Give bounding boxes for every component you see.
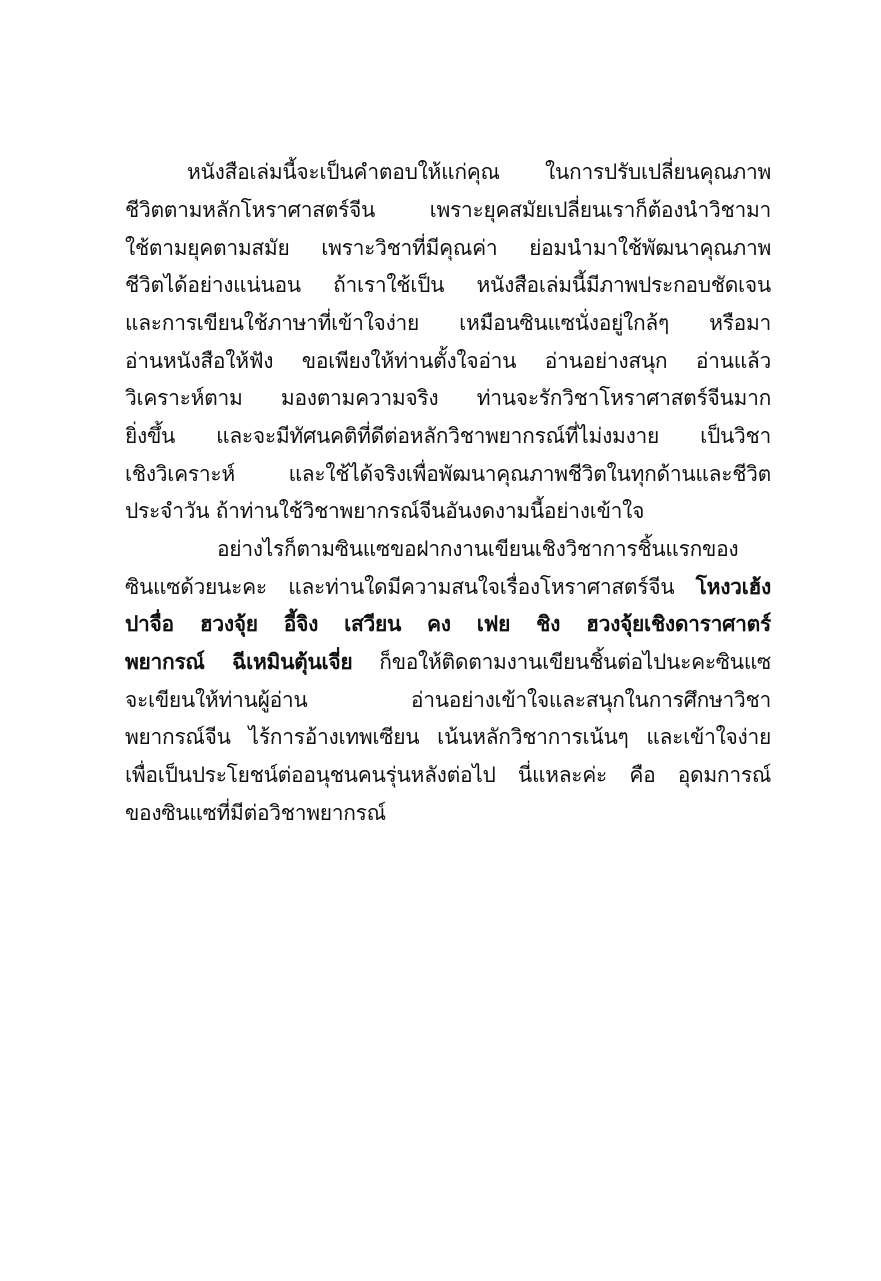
paragraph-2-line-1: อย่างไรก็ตามซินแซขอฝากงานเขียนเชิงวิชากา… <box>217 530 771 568</box>
paragraph-2-line-4: พยากรณ์ ฉีเหมินตุ้นเจี่ย ก็ขอให้ติดตามงา… <box>125 643 771 681</box>
paragraph-2-line-3: ปาจื่อ ฮวงจุ้ย อี้จิง เสวียน คง เฟย ชิง … <box>125 605 771 643</box>
line-text: ก็ขอให้ติดตามงานเขียนชิ้นต่อไปนะคะซินแซ <box>352 650 771 674</box>
paragraph-1-line-2: ชีวิตตามหลักโหราศาสตร์จีน เพราะยุคสมัยเป… <box>125 191 771 229</box>
paragraph-2-line-7: เพื่อเป็นประโยชน์ต่ออนุชนคนรุ่นหลังต่อไป… <box>125 756 771 794</box>
paragraph-1-line-8: ยิ่งขึ้น และจะมีทัศนคติที่ดีต่อหลักวิชาพ… <box>125 417 771 455</box>
bold-term: พยากรณ์ ฉีเหมินตุ้นเจี่ย <box>125 650 352 674</box>
paragraph-2-line-8: ของซินแซที่มีต่อวิชาพยากรณ์ <box>125 794 771 832</box>
paragraph-1-line-6: อ่านหนังสือให้ฟัง ขอเพียงให้ท่านตั้งใจอ่… <box>125 342 771 380</box>
paragraph-2-line-2: ซินแซด้วยนะคะ และท่านใดมีความสนใจเรื่องโ… <box>125 568 771 606</box>
paragraph-1-line-7: วิเคราะห์ตาม มองตามความจริง ท่านจะรักวิช… <box>125 379 771 417</box>
paragraph-2-line-5: จะเขียนให้ท่านผู้อ่าน อ่านอย่างเข้าใจและ… <box>125 681 771 719</box>
document-page: หนังสือเล่มนี้จะเป็นคำตอบให้แก่คุณ ในการ… <box>0 0 881 1281</box>
line-text: ซินแซด้วยนะคะ และท่านใดมีความสนใจเรื่องโ… <box>125 575 696 599</box>
paragraph-1-line-1: หนังสือเล่มนี้จะเป็นคำตอบให้แก่คุณ ในการ… <box>187 153 771 191</box>
paragraph-2-line-6: พยากรณ์จีน ไร้การอ้างเทพเซียน เน้นหลักวิ… <box>125 718 771 756</box>
paragraph-1-line-9: เชิงวิเคราะห์ และใช้ได้จริงเพื่อพัฒนาคุณ… <box>125 455 771 493</box>
paragraph-1-line-10: ประจำวัน ถ้าท่านใช้วิชาพยากรณ์จีนอันงดงา… <box>125 492 771 530</box>
paragraph-1-line-4: ชีวิตได้อย่างแน่นอน ถ้าเราใช้เป็น หนังสื… <box>125 266 771 304</box>
paragraph-1-line-3: ใช้ตามยุคตามสมัย เพราะวิชาที่มีคุณค่า ย่… <box>125 229 771 267</box>
paragraph-1-line-5: และการเขียนใช้ภาษาที่เข้าใจง่าย เหมือนซิ… <box>125 304 771 342</box>
bold-term: โหงวเฮ้ง <box>696 575 771 599</box>
